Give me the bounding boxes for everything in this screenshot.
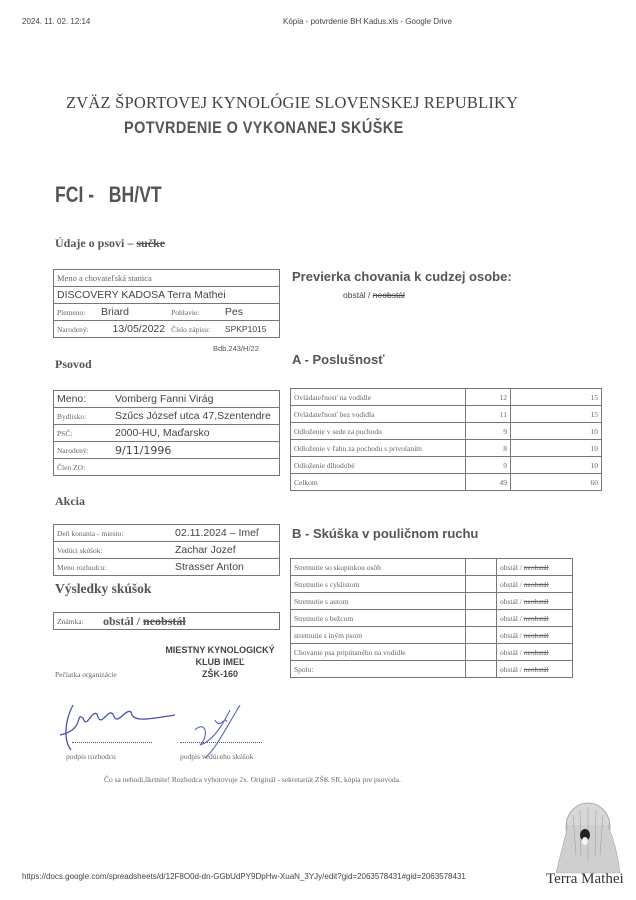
judge-signature-icon [55, 700, 275, 760]
obedience-row: Celkom4960 [291, 474, 602, 491]
traffic-empty-cell [466, 627, 497, 644]
reg-value: SPKP1015 [222, 321, 280, 338]
obedience-score: 49 [466, 474, 511, 491]
handler-table: Meno:Vomberg Fanni Virág Bydlisko:Szűcs … [53, 390, 280, 476]
obedience-row: Ovládateľnosť na vodidle1215 [291, 389, 602, 406]
traffic-row: stretnutie s iným psomobstál / neobstál [291, 627, 573, 644]
exam-leader-label: Vedúci skúšok: [54, 542, 173, 559]
traffic-heading: B - Skúška v pouličnom ruchu [292, 526, 478, 541]
obedience-row: Ovládateľnosť bez vodidla1115 [291, 406, 602, 423]
judge-value: Strasser Anton [172, 559, 280, 576]
traffic-result: obstál / neobstál [497, 593, 573, 610]
bdb-number: Bdb.243/H/22 [213, 344, 259, 353]
born-value: 13/05/2022 [98, 321, 168, 338]
obedience-score: 11 [466, 406, 511, 423]
document-title: POTVRDENIE O VYKONANEJ SKÚŠKE [124, 118, 404, 138]
exam-code: FCI - BH/VT [55, 182, 162, 208]
event-date-value: 02.11.2024 – Imeľ [172, 525, 280, 542]
print-url: https://docs.google.com/spreadsheets/d/1… [22, 872, 466, 881]
traffic-fail-struck: neobstál [524, 665, 549, 674]
traffic-result: obstál / neobstál [497, 644, 573, 661]
behavior-check-result: obstál / neobstál [343, 290, 405, 300]
stamp-line-2: KLUB IMEĽ [160, 656, 280, 668]
obedience-heading: A - Poslušnosť [292, 352, 384, 367]
handler-address-value: Szűcs József utca 47,Szentendre [112, 408, 280, 425]
obedience-max: 60 [511, 474, 602, 491]
obedience-row: Odloženie dlhodobé910 [291, 457, 602, 474]
leader-signature-label: podpis vedúceho skúšok [180, 752, 253, 761]
logo-text: Terra Mathei [546, 871, 624, 888]
traffic-pass: obstál / [500, 631, 524, 640]
handler-zip-value: 2000-HU, Maďarsko [112, 425, 280, 442]
obedience-exercise: Odloženie v ľahu za pochodu s privolaním [291, 440, 466, 457]
handler-member-label: Člen ZO: [54, 459, 113, 476]
obedience-exercise: Odloženie v sede za pochodu [291, 423, 466, 440]
handler-heading: Psovod [55, 357, 92, 372]
traffic-pass: obstál / [500, 597, 524, 606]
grade-value: obstál / neobstál [100, 613, 280, 630]
obedience-score: 9 [466, 457, 511, 474]
briard-dog-icon [548, 795, 628, 875]
traffic-exercise: stretnutie s iným psom [291, 627, 466, 644]
handler-member-value [112, 459, 280, 476]
event-date-label: Deň konania - miesto: [54, 525, 173, 542]
obedience-max: 15 [511, 389, 602, 406]
traffic-pass: obstál / [500, 580, 524, 589]
traffic-exercise: Stretnutie s autom [291, 593, 466, 610]
traffic-result: obstál / neobstál [497, 610, 573, 627]
dog-name-label: Meno a chovateľská stanica [54, 270, 280, 287]
dog-heading-text: Údaje o psovi – [55, 236, 136, 250]
traffic-empty-cell [466, 610, 497, 627]
event-heading: Akcia [55, 494, 85, 509]
obedience-row: Odloženie v ľahu za pochodu s privolaním… [291, 440, 602, 457]
obedience-score: 8 [466, 440, 511, 457]
traffic-result: obstál / neobstál [497, 576, 573, 593]
obedience-exercise: Celkom [291, 474, 466, 491]
terra-mathei-logo: Terra Mathei [548, 795, 628, 895]
traffic-exercise: Stretnutie s bežcom [291, 610, 466, 627]
behavior-check-heading: Previerka chovania k cudzej osobe: [292, 269, 512, 284]
print-datetime: 2024. 11. 02. 12:14 [22, 17, 90, 26]
traffic-empty-cell [466, 593, 497, 610]
leader-signature-line [180, 742, 262, 743]
traffic-pass: obstál / [500, 648, 524, 657]
reg-label: Číslo zápisu: [168, 321, 222, 338]
behavior-fail-struck: neobstál [373, 290, 405, 300]
print-page-title: Kópia - potvrdenie BH Kadus.xls - Google… [283, 17, 452, 26]
judge-label: Meno rozhodcu: [54, 559, 173, 576]
dog-section-heading: Údaje o psovi – sučke [55, 236, 165, 251]
traffic-fail-struck: neobstál [524, 580, 549, 589]
obedience-exercise: Ovládateľnosť bez vodidla [291, 406, 466, 423]
traffic-empty-cell [466, 559, 497, 576]
grade-fail-struck: neobstál [143, 614, 186, 628]
dog-heading-struck: sučke [136, 236, 165, 250]
sex-label: Pohlavie: [168, 304, 222, 321]
obedience-row: Odloženie v sede za pochodu910 [291, 423, 602, 440]
organization-stamp: MIESTNY KYNOLOGICKÝ KLUB IMEĽ ZŠK-160 [160, 644, 280, 680]
handler-name-label: Meno: [54, 391, 113, 408]
handler-born-value: 9/11/1996 [112, 442, 280, 459]
stamp-line-3: ZŠK-160 [160, 668, 280, 680]
traffic-fail-struck: neobstál [524, 614, 549, 623]
handler-address-label: Bydlisko: [54, 408, 113, 425]
obedience-score: 9 [466, 423, 511, 440]
traffic-empty-cell [466, 576, 497, 593]
traffic-row: Spolu:obstál / neobstál [291, 661, 573, 678]
handler-born-label: Narodený: [54, 442, 113, 459]
traffic-empty-cell [466, 661, 497, 678]
handler-zip-label: PSČ: [54, 425, 113, 442]
traffic-result: obstál / neobstál [497, 559, 573, 576]
exam-leader-value: Zachar Jozef [172, 542, 280, 559]
obedience-table: Ovládateľnosť na vodidle1215Ovládateľnos… [290, 388, 602, 491]
born-label: Narodený: [54, 321, 99, 338]
judge-signature-label: podpis rozhodcu [66, 752, 116, 761]
traffic-row: Stretnutie s bežcomobstál / neobstál [291, 610, 573, 627]
breed-label: Plemeno: [54, 304, 99, 321]
traffic-empty-cell [466, 644, 497, 661]
traffic-exercise: Chovanie psa pripútaného na vodidle [291, 644, 466, 661]
traffic-fail-struck: neobstál [524, 631, 549, 640]
org-name: ZVÄZ ŠPORTOVEJ KYNOLÓGIE SLOVENSKEJ REPU… [66, 93, 518, 113]
traffic-result: obstál / neobstál [497, 627, 573, 644]
handler-name-value: Vomberg Fanni Virág [112, 391, 280, 408]
traffic-row: Chovanie psa pripútaného na vodidleobstá… [291, 644, 573, 661]
obedience-exercise: Odloženie dlhodobé [291, 457, 466, 474]
traffic-result: obstál / neobstál [497, 661, 573, 678]
traffic-row: Stretnutie s automobstál / neobstál [291, 593, 573, 610]
traffic-fail-struck: neobstál [524, 648, 549, 657]
dog-table: Meno a chovateľská stanica DISCOVERY KAD… [53, 269, 280, 338]
traffic-fail-struck: neobstál [524, 563, 549, 572]
stamp-line-1: MIESTNY KYNOLOGICKÝ [160, 644, 280, 656]
stamp-label: Pečiatka organizácie [55, 670, 117, 679]
traffic-table: Stretnutie so skupinkou osôbobstál / neo… [290, 558, 573, 678]
traffic-fail-struck: neobstál [524, 597, 549, 606]
obedience-max: 10 [511, 423, 602, 440]
results-heading: Výsledky skúšok [55, 581, 151, 597]
traffic-exercise: Spolu: [291, 661, 466, 678]
breed-value: Briard [98, 304, 168, 321]
grade-pass: obstál / [103, 614, 143, 628]
obedience-score: 12 [466, 389, 511, 406]
judge-signature-line [72, 742, 152, 743]
traffic-pass: obstál / [500, 665, 524, 674]
obedience-max: 10 [511, 457, 602, 474]
dog-name-value: DISCOVERY KADOSA Terra Mathei [54, 287, 280, 304]
obedience-exercise: Ovládateľnosť na vodidle [291, 389, 466, 406]
grade-label: Známka: [54, 613, 101, 630]
traffic-row: Stretnutie s cyklistomobstál / neobstál [291, 576, 573, 593]
sex-value: Pes [222, 304, 280, 321]
behavior-pass: obstál / [343, 290, 373, 300]
obedience-max: 15 [511, 406, 602, 423]
traffic-pass: obstál / [500, 614, 524, 623]
traffic-exercise: Stretnutie so skupinkou osôb [291, 559, 466, 576]
traffic-exercise: Stretnutie s cyklistom [291, 576, 466, 593]
obedience-max: 10 [511, 440, 602, 457]
traffic-row: Stretnutie so skupinkou osôbobstál / neo… [291, 559, 573, 576]
traffic-pass: obstál / [500, 563, 524, 572]
footnote: Čo sa nehodí,škrtnite! Rozhodca vyhotovu… [104, 775, 401, 784]
results-table: Známka: obstál / neobstál [53, 612, 280, 630]
event-table: Deň konania - miesto:02.11.2024 – Imeľ V… [53, 524, 280, 576]
